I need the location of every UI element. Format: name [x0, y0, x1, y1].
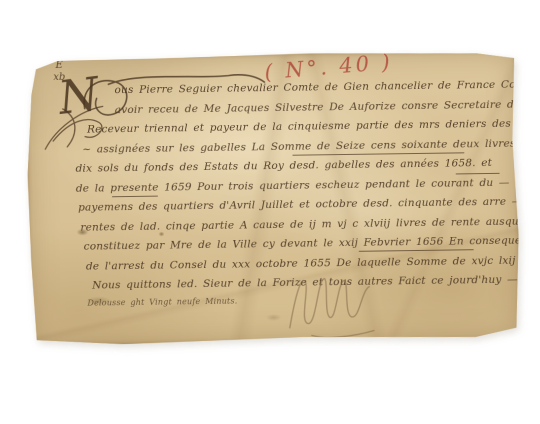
- manuscript-line: rentes de lad. cinqe partie A cause de i…: [80, 215, 540, 234]
- manuscript-line: Receveur triennal et payeur de la cinqui…: [87, 117, 540, 135]
- ink-underline: [112, 196, 158, 198]
- archival-number-red-ink: ( N°. 40 ): [263, 45, 444, 84]
- ink-smudge: [266, 314, 282, 321]
- parchment-surface: ( N°. 40 ) E xb N ous Pierre Seguier che…: [26, 51, 520, 346]
- manuscript-line: ous Pierre Seguier chevalier Comte de Gi…: [114, 78, 540, 96]
- ink-blot: [76, 229, 88, 236]
- manuscript-line: de la presente 1659 Pour trois quartiers…: [76, 177, 510, 195]
- ink-blot: [158, 232, 164, 237]
- drop-capital-letter: N: [56, 70, 101, 120]
- manuscript-line: dix sols du fonds des Estats du Roy desd…: [75, 157, 492, 175]
- manuscript-line: payemens des quartiers d'Avril Juillet e…: [78, 196, 522, 214]
- ink-underline: [292, 152, 464, 155]
- ink-underline: [359, 249, 474, 252]
- ink-underline: [456, 173, 500, 175]
- parchment-sheet: ( N°. 40 ) E xb N ous Pierre Seguier che…: [26, 51, 520, 346]
- manuscript-line: avoir receu de Me Jacques Silvestre De A…: [115, 98, 540, 117]
- manuscript-line: de l'arrest du Consel du xxx octobre 165…: [86, 254, 540, 273]
- manuscript-line: Nous quittons led. Sieur de la Forize et…: [92, 274, 518, 292]
- document-photo: ( N°. 40 ) E xb N ous Pierre Seguier che…: [0, 0, 540, 424]
